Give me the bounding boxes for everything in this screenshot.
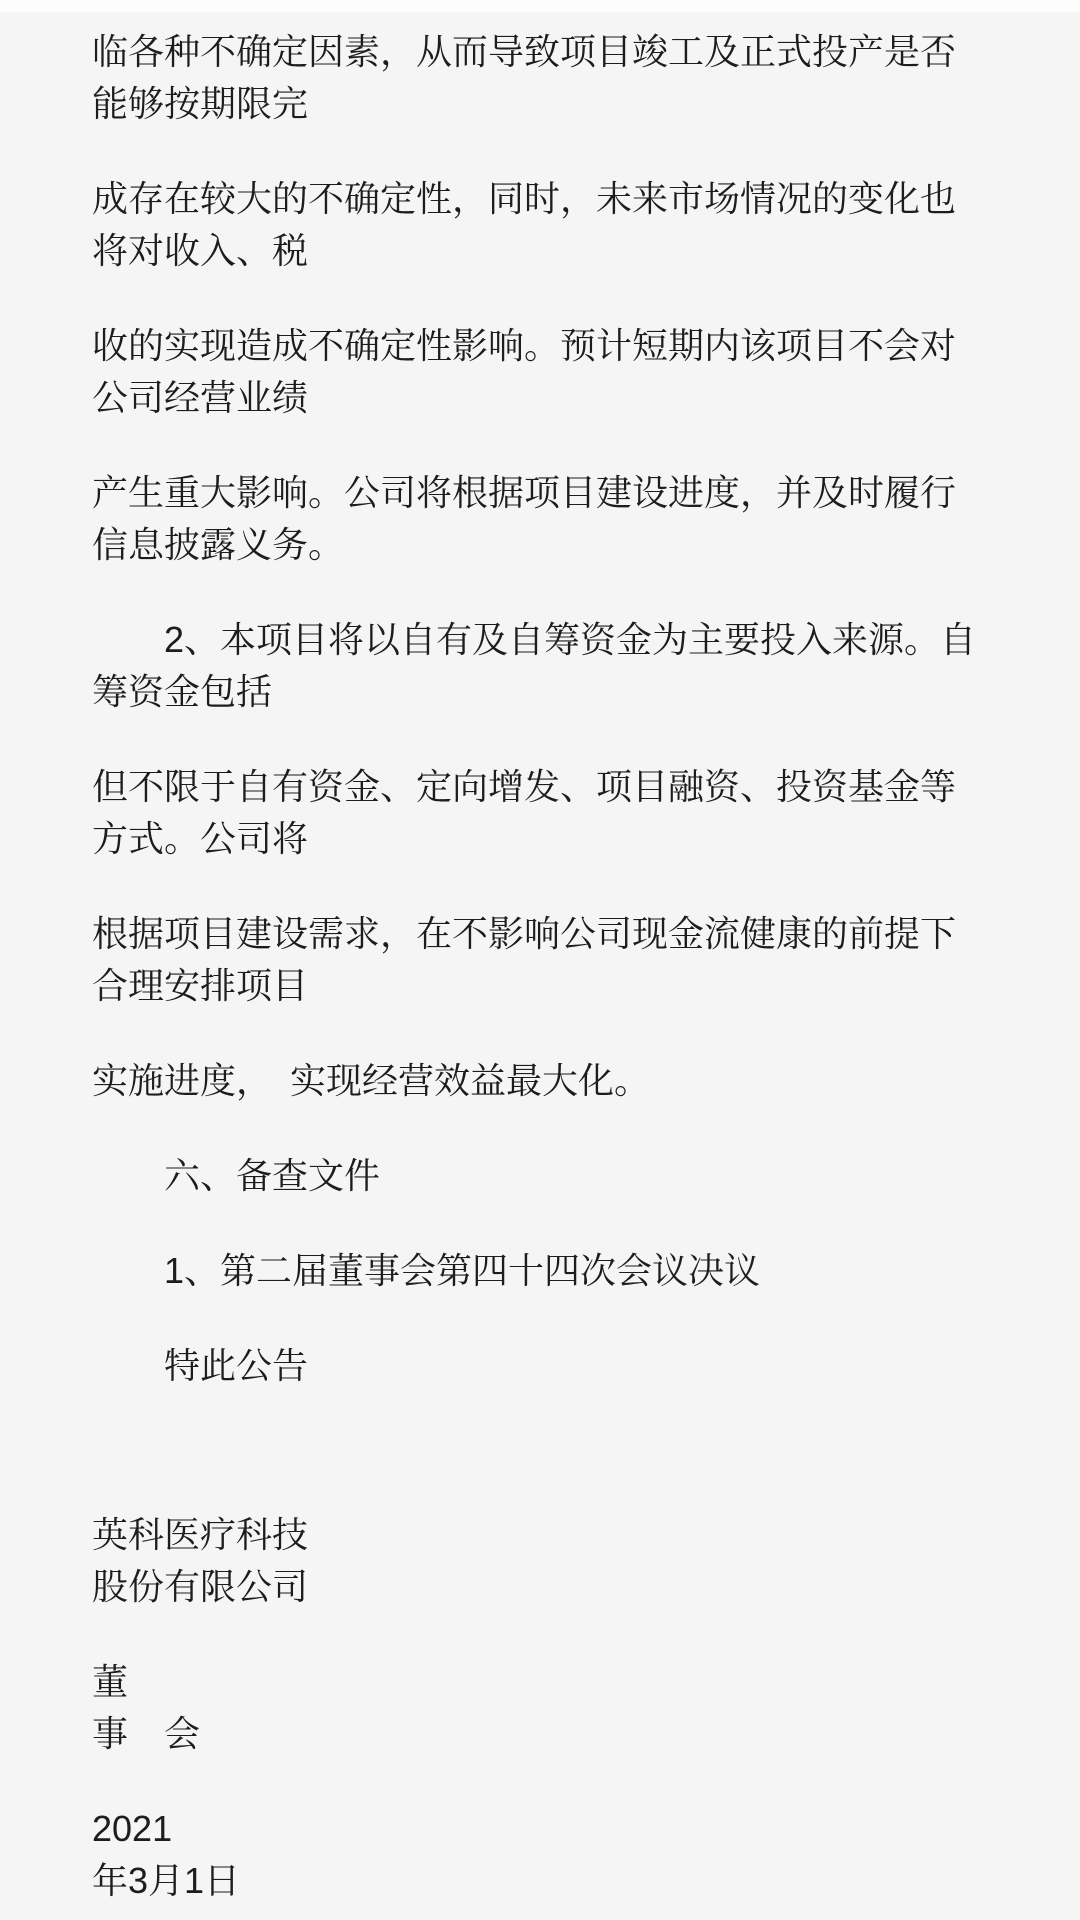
closing-announcement-statement: 特此公告 [92, 1340, 985, 1392]
paragraph-board-resolution-reference: 1、第二届董事会第四十四次会议决议 [92, 1245, 985, 1297]
paragraph-benefit-maximization: 实施进度， 实现经营效益最大化。 [92, 1055, 985, 1107]
signature-date-month-day-part: 年3月1日 [92, 1855, 985, 1907]
signature-company-name-left-part: 股份有限公司 [92, 1561, 985, 1613]
page-top-band [0, 0, 1080, 12]
paragraph-market-uncertainty: 成存在较大的不确定性，同时，未来市场情况的变化也将对收入、税 [92, 173, 985, 277]
signature-date-year-part: 2021 [92, 1803, 985, 1855]
signature-block: 英科医疗科技 股份有限公司 董 事 会 2021 年3月1日 [92, 1509, 985, 1907]
paragraph-project-completion-risk: 临各种不确定因素，从而导致项目竣工及正式投产是否能够按期限完 [92, 26, 985, 130]
paragraph-disclosure-obligation: 产生重大影响。公司将根据项目建设进度，并及时履行信息披露义务。 [92, 467, 985, 571]
paragraph-cash-flow-arrangement: 根据项目建设需求，在不影响公司现金流健康的前提下合理安排项目 [92, 908, 985, 1012]
signature-board-left-part: 事 会 [92, 1708, 985, 1760]
paragraph-funding-methods: 但不限于自有资金、定向增发、项目融资、投资基金等方式。公司将 [92, 761, 985, 865]
document-page: 临各种不确定因素，从而导致项目竣工及正式投产是否能够按期限完 成存在较大的不确定… [0, 0, 1080, 1920]
section-heading-documents-for-inspection: 六、备查文件 [92, 1150, 985, 1202]
signature-company-name-right-part: 英科医疗科技 [92, 1509, 985, 1561]
paragraph-item-2-funding-source: 2、本项目将以自有及自筹资金为主要投入来源。自筹资金包括 [92, 614, 985, 718]
signature-date: 2021 年3月1日 [92, 1803, 985, 1907]
signature-board-of-directors: 董 事 会 [92, 1656, 985, 1760]
announcement-body: 临各种不确定因素，从而导致项目竣工及正式投产是否能够按期限完 成存在较大的不确定… [92, 26, 985, 1907]
paragraph-revenue-tax-impact: 收的实现造成不确定性影响。预计短期内该项目不会对公司经营业绩 [92, 320, 985, 424]
signature-company-name: 英科医疗科技 股份有限公司 [92, 1509, 985, 1613]
signature-board-right-part: 董 [92, 1656, 985, 1708]
